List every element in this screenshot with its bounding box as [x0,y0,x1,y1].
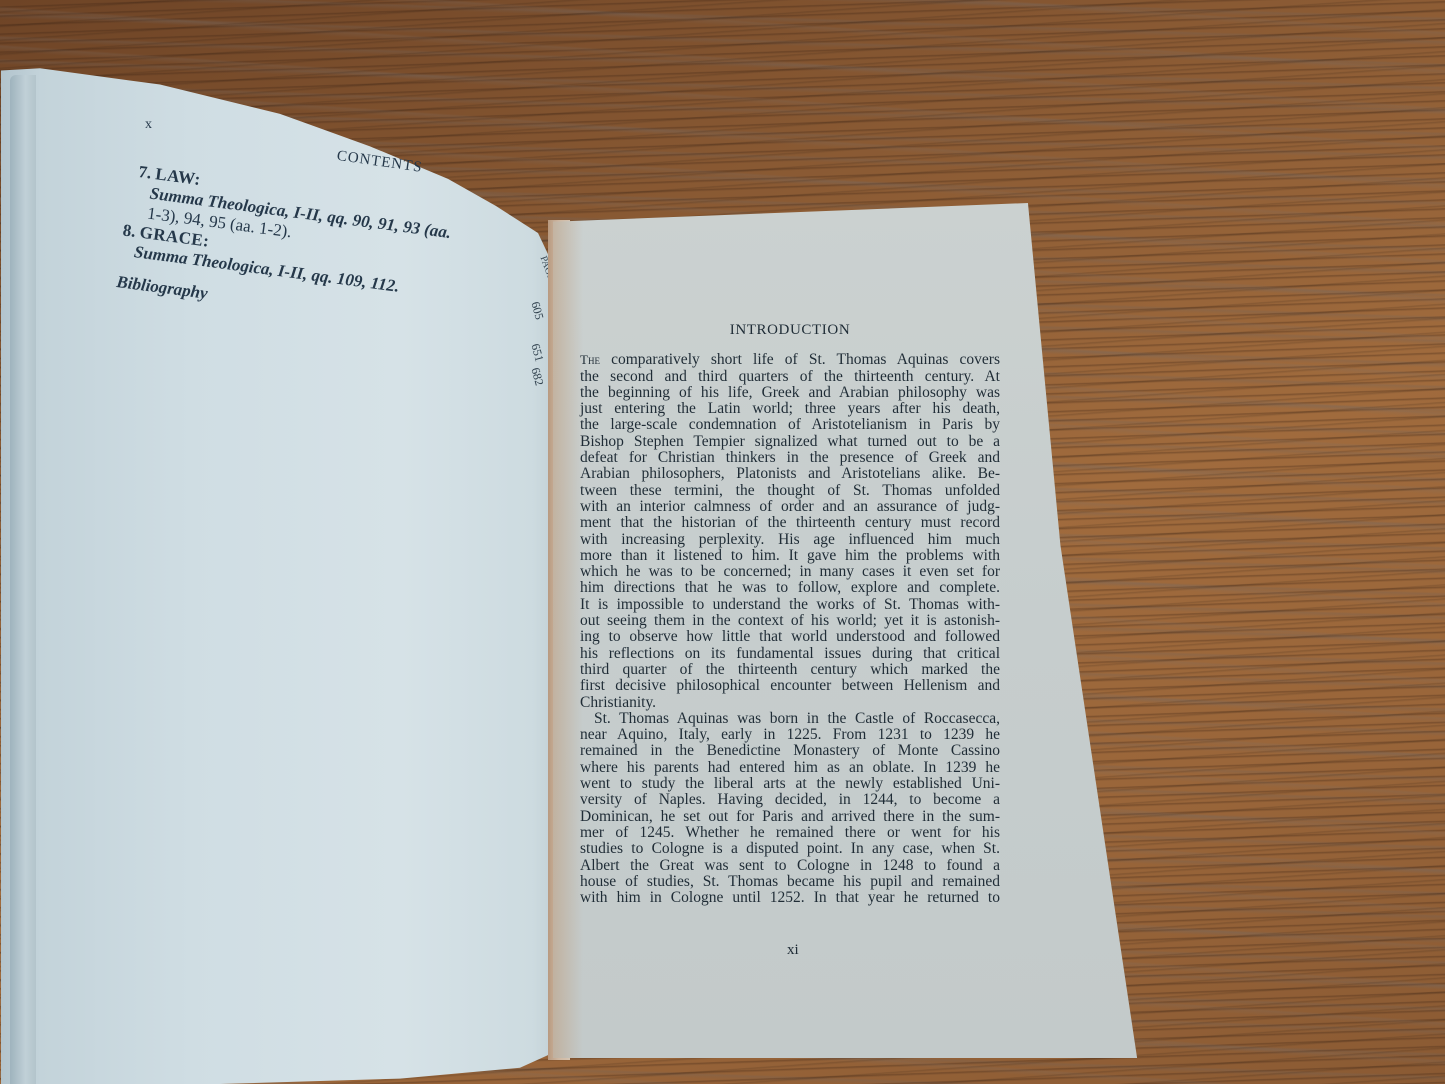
left-page [0,0,580,1084]
left-page-number: x [145,117,152,133]
right-page-number: xi [787,942,799,959]
introduction-text: INTRODUCTION The comparatively short lif… [580,322,1000,906]
paragraph: St. Thomas Aquinas was born in the Castl… [580,711,1000,907]
paragraph: The comparatively short life of St. Thom… [580,352,1000,711]
chapter-title: INTRODUCTION [580,322,1000,338]
page-stack-edge [10,75,36,1084]
